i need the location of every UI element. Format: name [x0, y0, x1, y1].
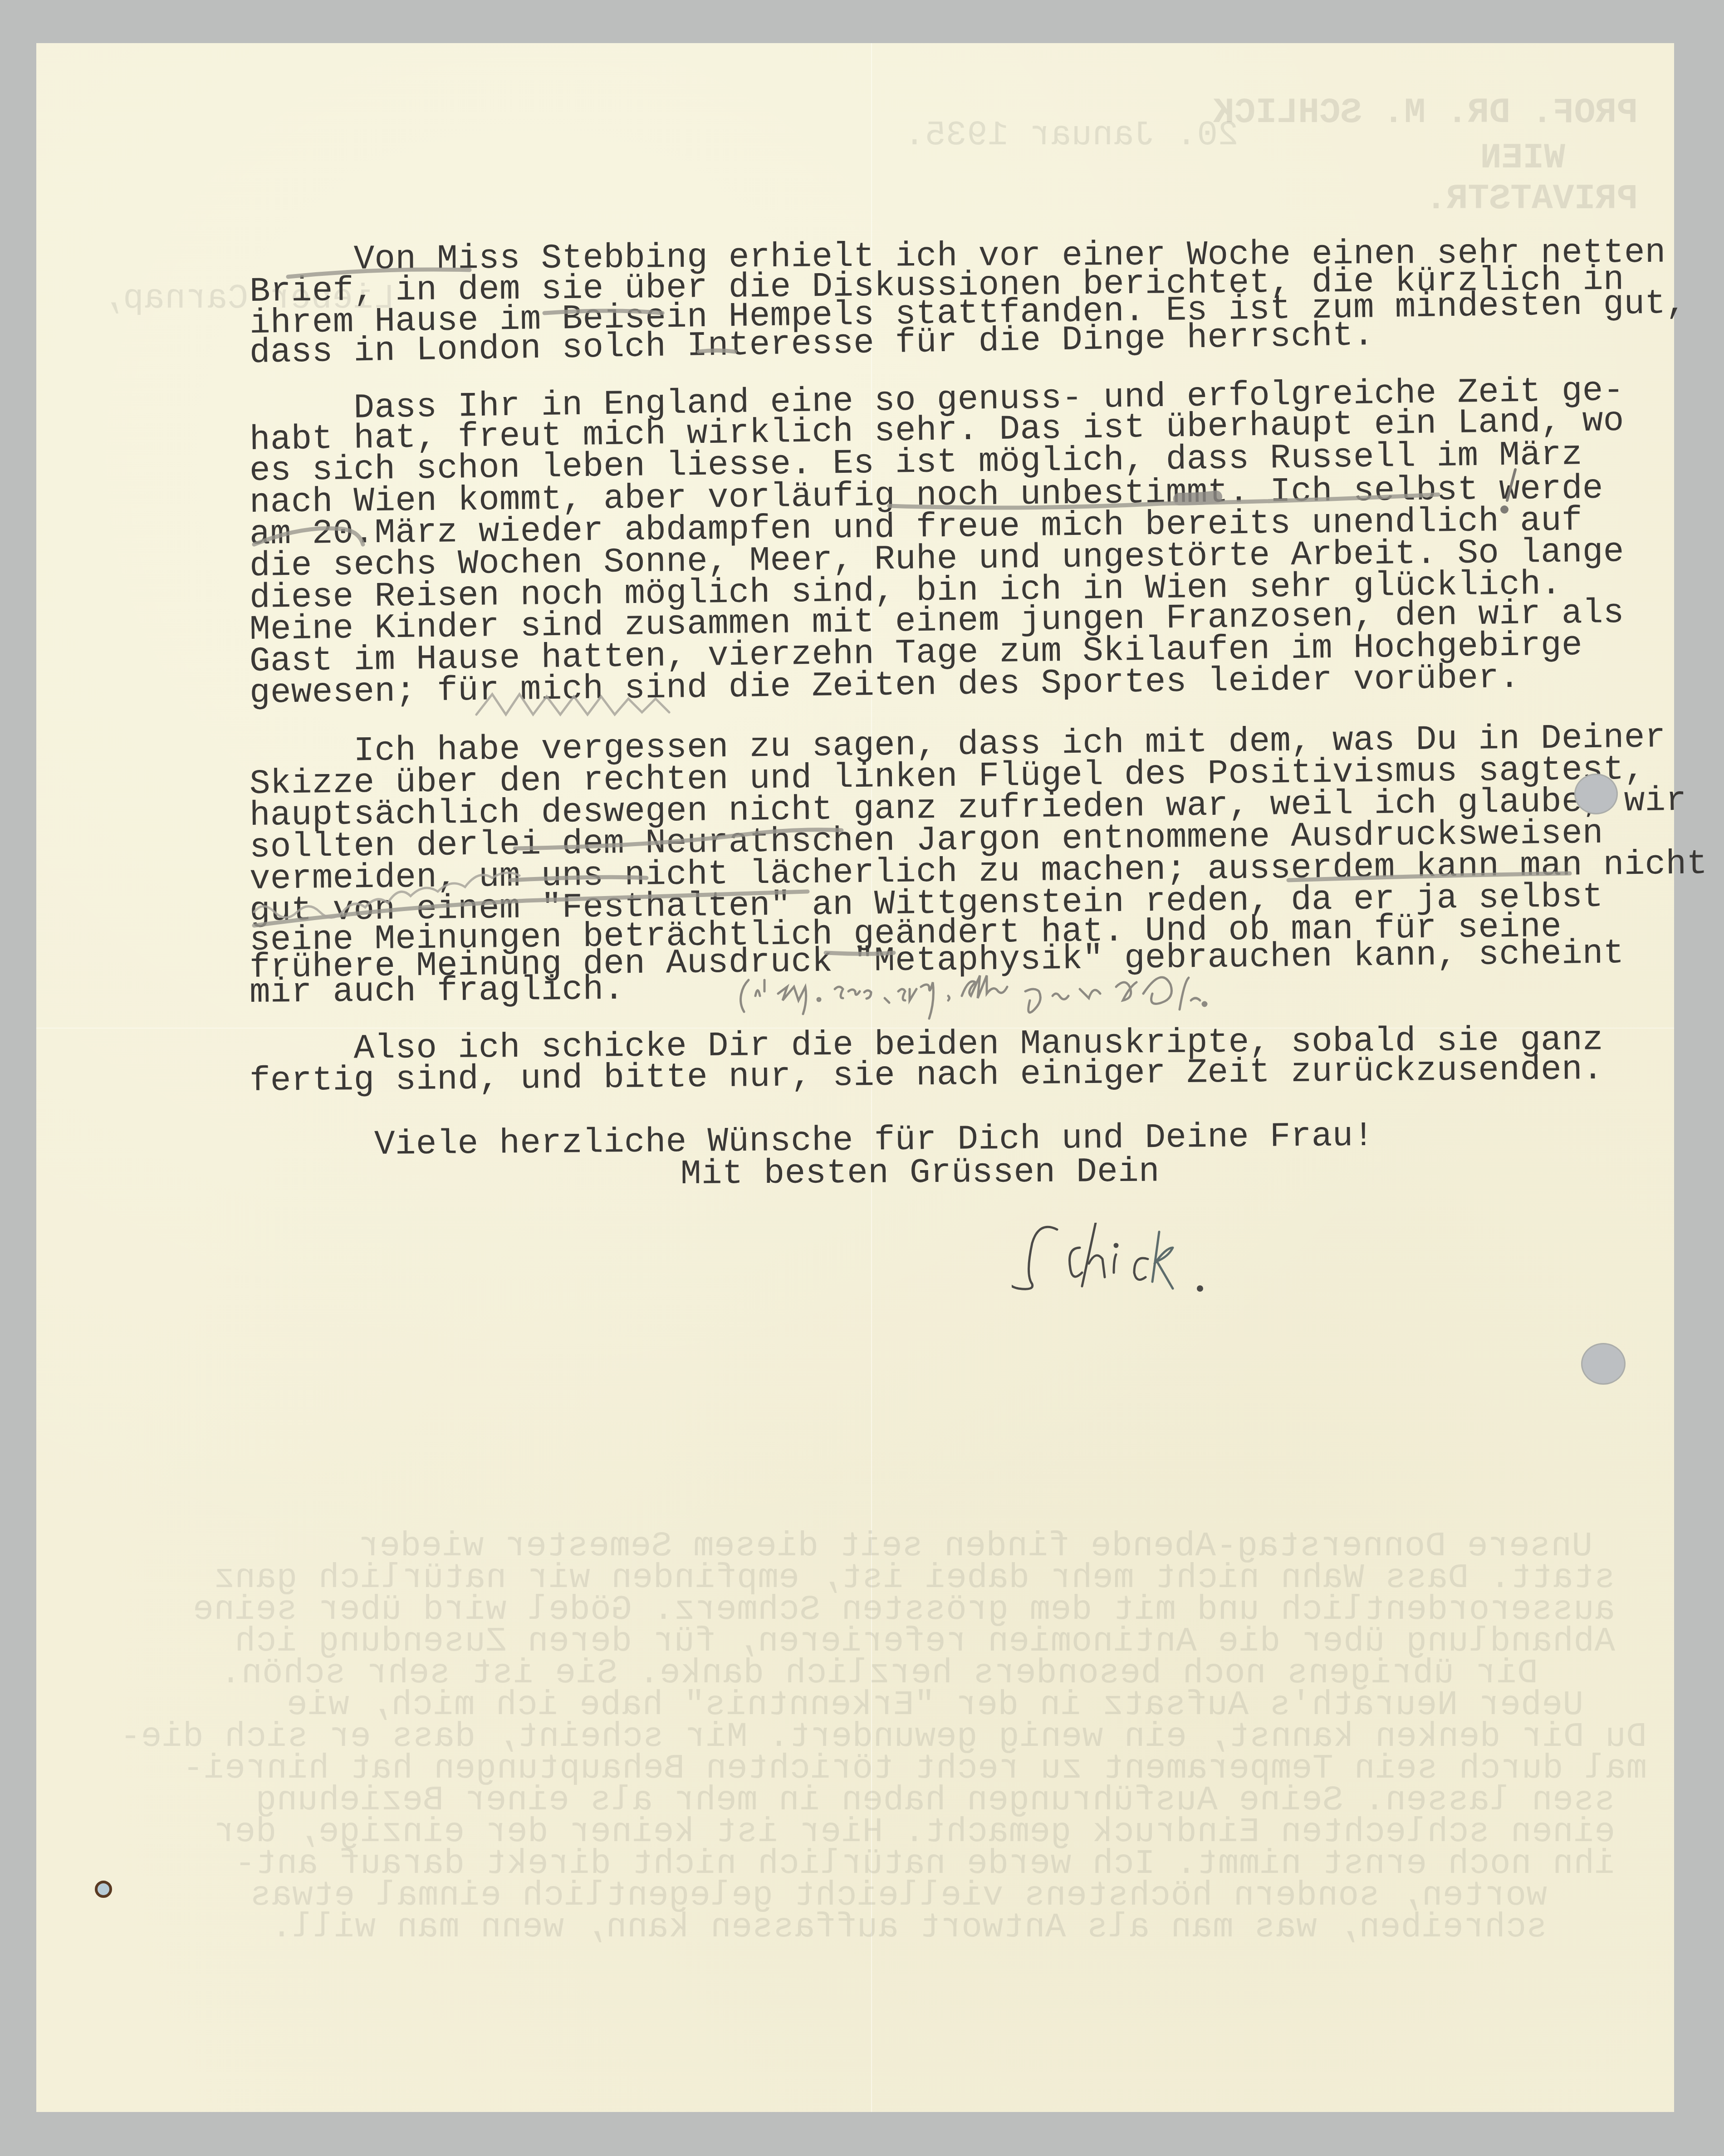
bleed-letterhead-line: PRIVATSTR. — [1425, 179, 1638, 219]
bleed-line: mal durch sein Temperament zu recht töri… — [182, 1749, 1647, 1788]
bleed-line: Ueber Neurath's Aufsatz in der "Erkenntn… — [286, 1686, 1583, 1725]
punch-hole — [1581, 1343, 1626, 1385]
bleed-line: Unsere Donnerstag-Abende finden seit die… — [358, 1527, 1592, 1566]
bleed-line: einen schlechten Eindruck gemacht. Hier … — [214, 1813, 1615, 1852]
bleed-line: Dir übrigens noch besonders herzlich dan… — [220, 1654, 1538, 1693]
bleed-line: ausserordentlich und mit dem grössten Sc… — [193, 1590, 1615, 1629]
bleed-line: ssen lassen. Seine Ausführungen haben in… — [255, 1781, 1615, 1820]
bleed-letterhead-line: WIEN — [1480, 138, 1565, 178]
signature — [1012, 1223, 1248, 1298]
bleed-line: Du Dir denken kannst, ein wenig gewunder… — [120, 1717, 1647, 1756]
rust-pinhole — [95, 1881, 112, 1898]
bleed-letterhead-line: PROF. DR. M. SCHLICK — [1213, 93, 1638, 133]
bleed-line: worten, sondern höchstens vielleicht gel… — [250, 1876, 1547, 1915]
bleed-line: schreiben, was man als Antwort auffassen… — [271, 1908, 1547, 1947]
bleed-line: Abhandlung über die Antinomien referiere… — [235, 1622, 1615, 1661]
bleed-line: ihn noch ernst nimmt. Ich werde natürlic… — [235, 1844, 1615, 1883]
punch-hole — [1574, 774, 1618, 814]
text-line: mir auch fraglich. — [250, 970, 625, 1012]
letter-page: PROF. DR. M. SCHLICK WIEN PRIVATSTR. 20.… — [36, 43, 1674, 2112]
closing-greeting: Mit besten Grüssen Dein — [681, 1152, 1160, 1194]
bleed-line: statt. Dass Wahn nicht mehr dabei ist, e… — [214, 1558, 1615, 1597]
bleed-date: 20. Januar 1935. — [904, 116, 1239, 155]
